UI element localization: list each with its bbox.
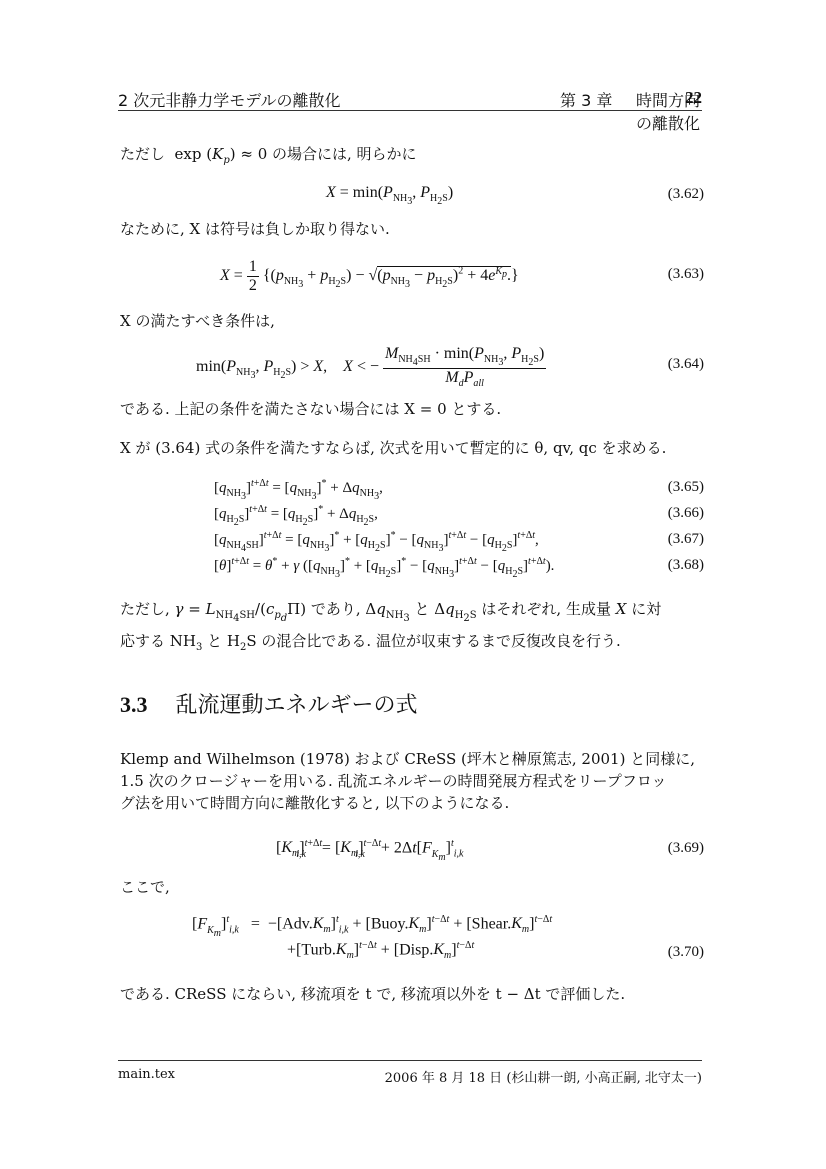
equation-3-64: min(PNH3, PH2S) > X, X < − MNH4SH · min(…	[196, 345, 546, 389]
section-number: 3.3	[120, 692, 148, 717]
paragraph: Klemp and Wilhelmson (1978) および CReSS (坪…	[120, 748, 705, 814]
paragraph: である. 上記の条件を満たさない場合には X = 0 とする.	[120, 398, 705, 420]
equation-number: (3.69)	[668, 840, 704, 857]
equation-3-62: X = min(PNH3, PH2S)	[326, 184, 453, 207]
equation-number: (3.65)	[668, 479, 704, 496]
paragraph-line: Klemp and Wilhelmson (1978) および CReSS (坪…	[120, 748, 705, 770]
page-header: 2 次元非静力学モデルの離散化 第 3 章 時間方向の離散化 22	[118, 86, 702, 111]
paragraph: ただし, γ = LNH4SH/(cpdΠ) であり, ΔqNH3 と ΔqH2…	[120, 598, 705, 659]
equation-number: (3.64)	[668, 356, 704, 373]
equation-3-65: [qNH3]t+Δt = [qNH3]* + ΔqNH3,	[214, 478, 383, 502]
paragraph-line: 1.5 次のクロージャーを用いる. 乱流エネルギーの時間発展方程式をリープフロッ	[120, 770, 705, 792]
paragraph: である. CReSS にならい, 移流項を t で, 移流項以外を t − Δt…	[120, 983, 705, 1005]
equation-3-67: [qNH4SH]t+Δt = [qNH3]* + [qH2S]* − [qNH3…	[214, 530, 539, 554]
page-number: 22	[685, 88, 702, 108]
paragraph: X の満たすべき条件は,	[120, 310, 705, 332]
equation-number: (3.67)	[668, 531, 704, 548]
equation-3-66: [qH2S]t+Δt = [qH2S]* + ΔqH2S,	[214, 504, 378, 528]
equation-number: (3.70)	[668, 944, 704, 961]
equation-3-68: [θ]t+Δt = θ* + γ ([qNH3]* + [qH2S]* − [q…	[214, 556, 554, 580]
running-title: 2 次元非静力学モデルの離散化	[118, 88, 340, 111]
paragraph: ここで,	[120, 876, 705, 898]
paragraph: X が (3.64) 式の条件を満たすならば, 次式を用いて暫定的に θ, qv…	[120, 437, 705, 459]
equation-3-63: X = 12 {(pNH3 + pH2S) − √(pNH3 − pH2S)2 …	[220, 258, 519, 295]
section-heading: 3.3乱流運動エネルギーの式	[120, 688, 418, 719]
footer-filename: main.tex	[118, 1067, 175, 1082]
paragraph-line: グ法を用いて時間方向に離散化すると, 以下のようになる.	[120, 792, 705, 814]
equation-number: (3.62)	[668, 186, 704, 203]
equation-number: (3.68)	[668, 557, 704, 574]
paragraph: ただし exp (Kp) ≈ 0 の場合には, 明らかに	[120, 143, 705, 172]
equation-3-69: [Km]t+Δti,k = [Km]t−Δti,k + 2Δt[FKm]ti,k	[276, 838, 463, 863]
page-footer: main.tex 2006 年 8 月 18 日 (杉山耕一朗, 小高正嗣, 北…	[118, 1060, 702, 1082]
footer-date-authors: 2006 年 8 月 18 日 (杉山耕一朗, 小高正嗣, 北守太一)	[385, 1067, 702, 1086]
equation-3-70-line2: +[Turb.Km]t−Δt + [Disp.Km]t−Δt	[287, 940, 474, 962]
equation-number: (3.63)	[668, 266, 704, 283]
paragraph: なために, X は符号は負しか取り得ない.	[120, 218, 705, 240]
section-title: 乱流運動エネルギーの式	[176, 693, 418, 718]
chapter-label: 第 3 章	[560, 88, 612, 111]
equation-3-70: [FKm]ti,k = −[Adv.Km]ti,k + [Buoy.Km]t−Δ…	[192, 914, 552, 939]
equation-number: (3.66)	[668, 505, 704, 522]
